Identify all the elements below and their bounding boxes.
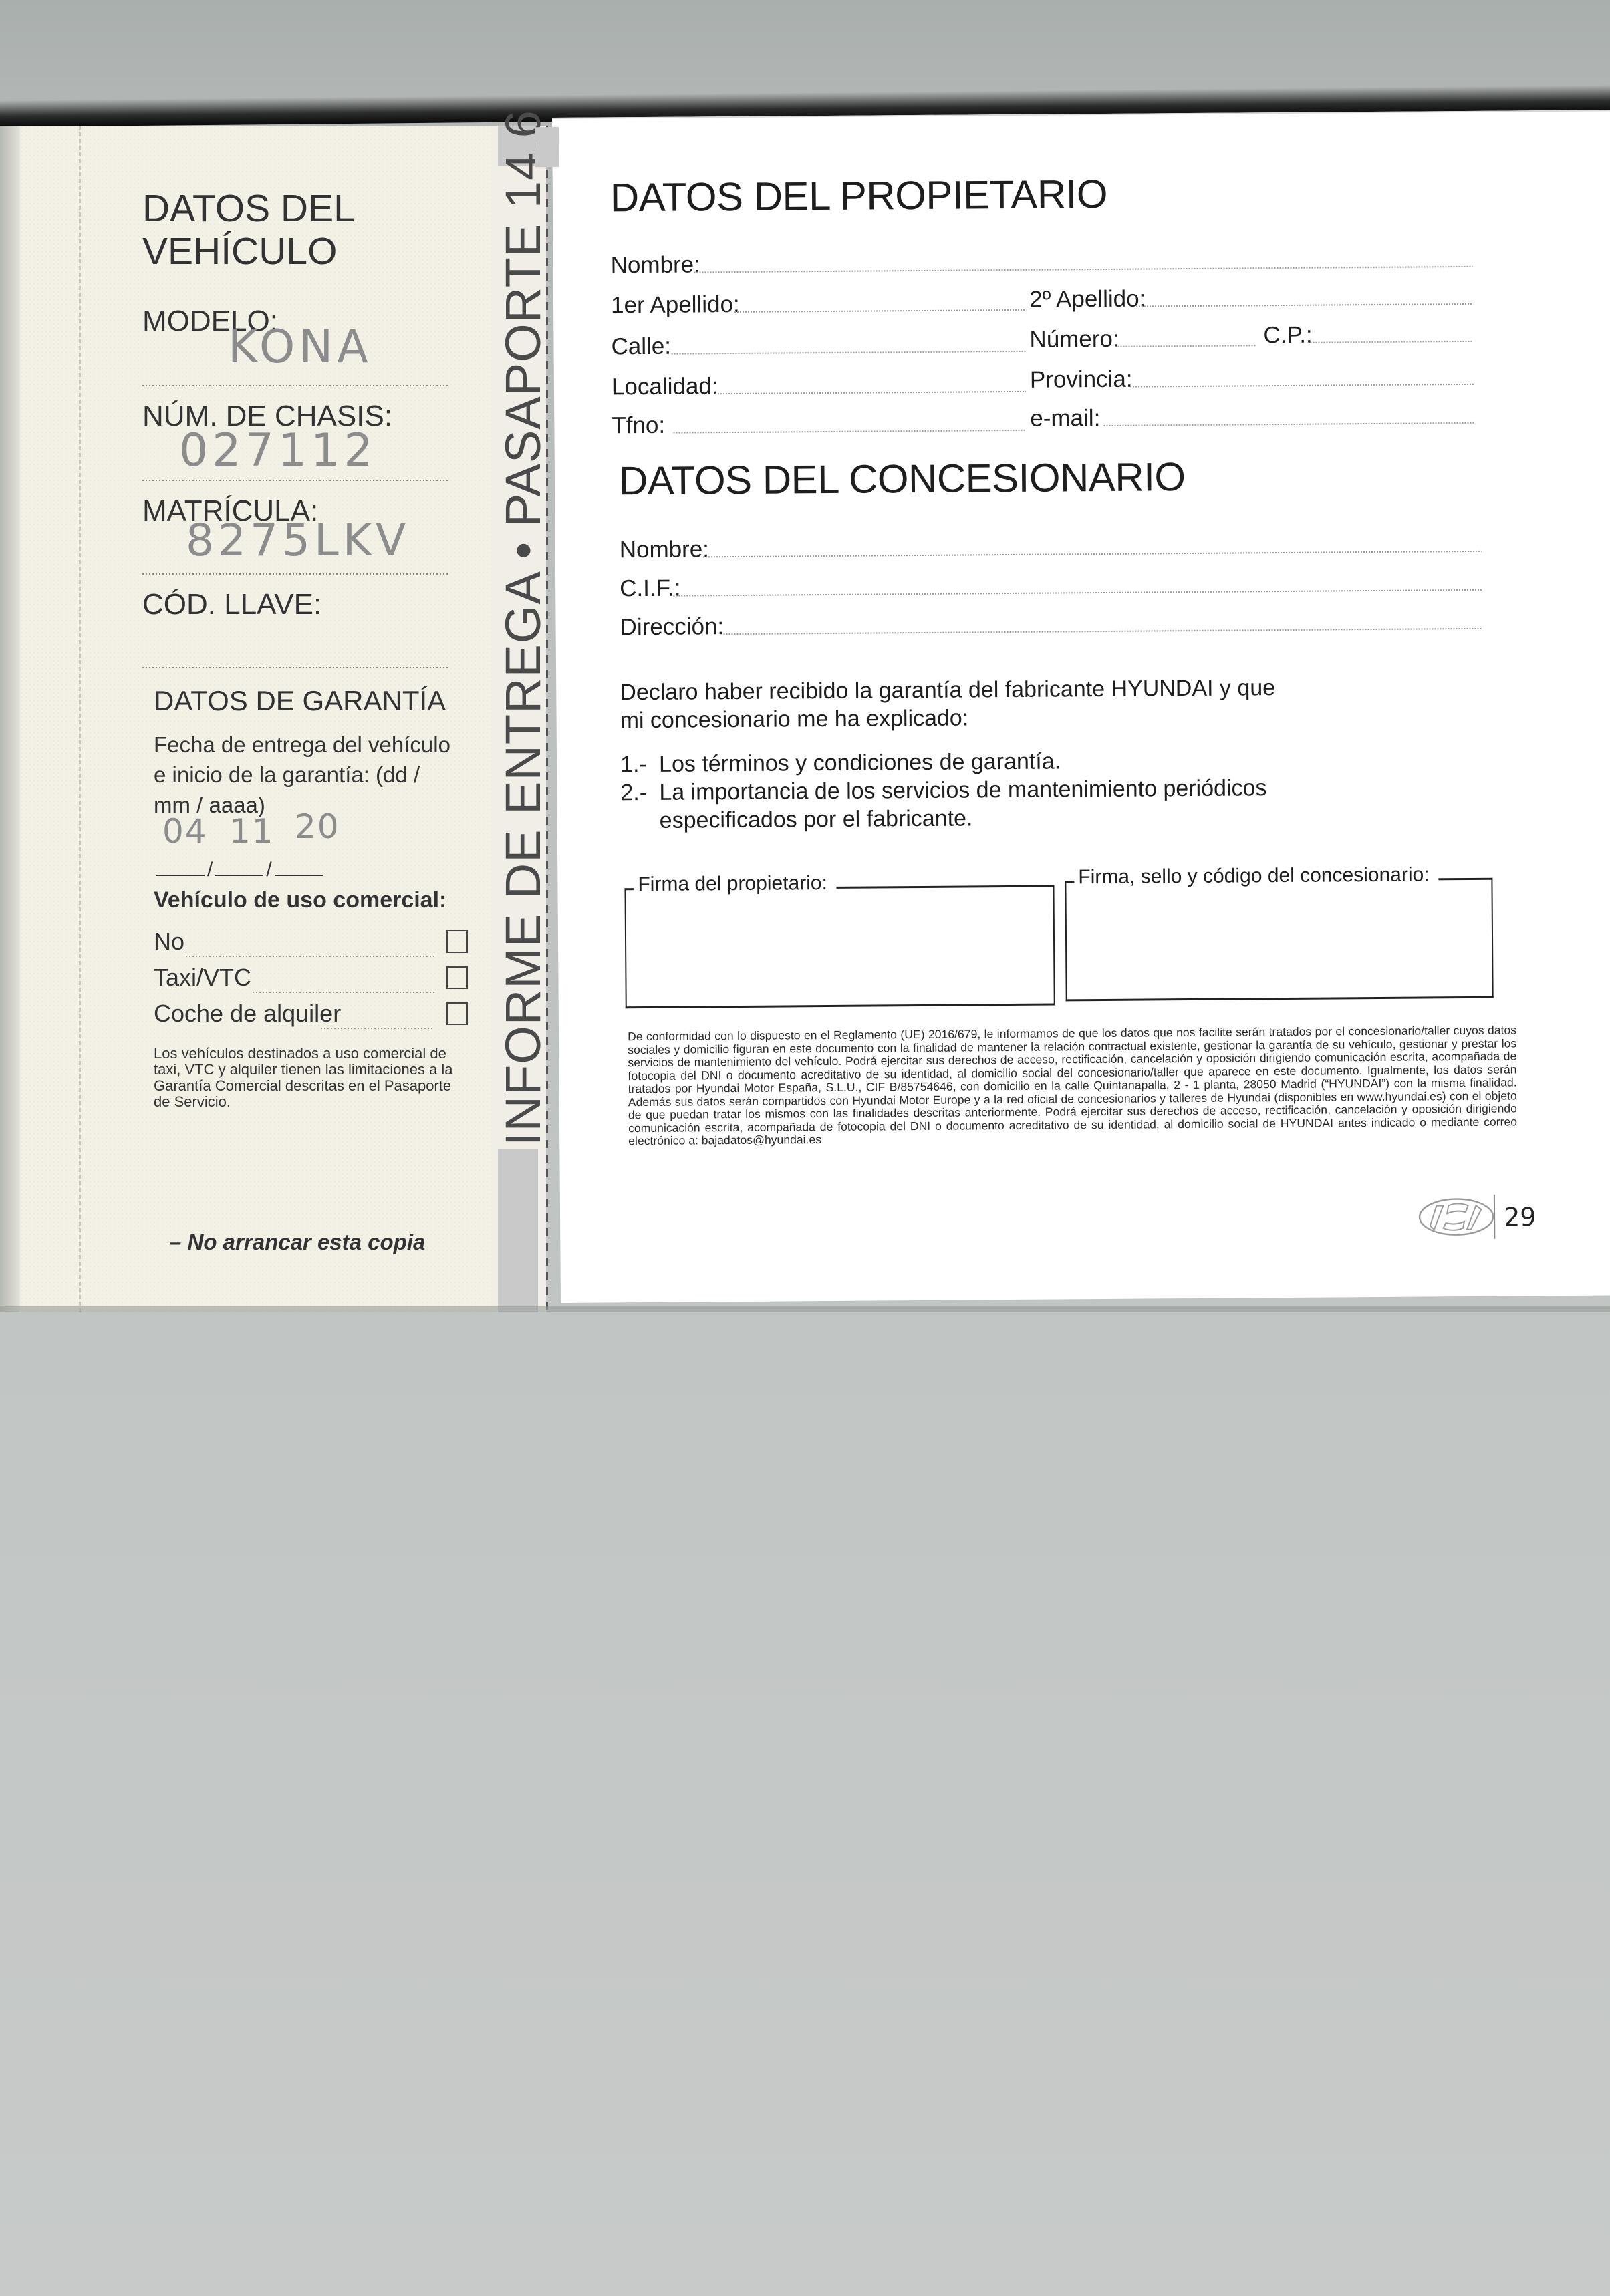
dealer-section-title: DATOS DEL CONCESIONARIO (619, 454, 1186, 504)
field-label: 2º Apellido: (1029, 285, 1146, 313)
field-input-line[interactable] (673, 430, 1026, 434)
owner-apellido2-field[interactable]: 2º Apellido: (1029, 281, 1473, 313)
warranty-section-title: DATOS DE GARANTÍA (154, 685, 446, 717)
modelo-handwritten-value[interactable]: KONA (228, 321, 372, 374)
item-number: 2.- (620, 778, 660, 835)
warranty-declaration: Declaro haber recibido la garantía del f… (620, 674, 1289, 734)
dealer-cif-field[interactable]: C.I.F.: (620, 567, 1482, 602)
dealer-signature-box[interactable]: Firma, sello y código del concesionario: (1065, 878, 1493, 1002)
item-number: 1.- (620, 750, 659, 778)
vehicle-title-line2: VEHÍCULO (142, 230, 337, 273)
page-number: 29 (1504, 1202, 1536, 1232)
field-input-line[interactable] (694, 266, 1473, 273)
privacy-legal-notice: De conformidad con lo dispuesto en el Re… (628, 1024, 1517, 1147)
field-label: Nombre: (620, 536, 710, 563)
field-label: Provincia: (1030, 366, 1133, 394)
dealer-direccion-field[interactable]: Dirección: (620, 605, 1482, 641)
cod-llave-label: CÓD. LLAVE: (142, 588, 321, 621)
date-line-month (215, 875, 263, 876)
item-text: Los términos y condiciones de garantía. (659, 747, 1061, 778)
warranty-date-instructions: Fecha de entrega del vehículo e inicio d… (154, 730, 461, 820)
hyundai-logo-icon (1417, 1196, 1496, 1238)
field-label: Calle: (611, 333, 671, 361)
date-separator: / (266, 859, 271, 881)
option-dotted-line (253, 992, 434, 993)
option-label: No (154, 927, 184, 956)
field-label: 1er Apellido: (611, 291, 740, 319)
owner-signature-label: Firma del propietario: (634, 872, 837, 896)
cod-llave-dotted-line (142, 667, 450, 668)
field-label: e-mail: (1030, 405, 1100, 432)
owner-localidad-field[interactable]: Localidad: (612, 368, 1026, 401)
matricula-handwritten-value[interactable]: 8275LKV (186, 515, 410, 566)
commercial-use-note: Los vehículos destinados a uso comercial… (154, 1046, 468, 1110)
owner-nombre-field[interactable]: Nombre: (610, 243, 1472, 279)
checkbox-taxi-vtc[interactable] (446, 966, 468, 989)
owner-tfno-field[interactable]: Tfno: (612, 407, 1026, 440)
chasis-dotted-line (142, 480, 450, 481)
declaration-item: 2.- La importancia de los servicios de m… (620, 772, 1490, 835)
modelo-dotted-line (142, 385, 450, 386)
vehicle-section-title: DATOS DEL VEHÍCULO (142, 187, 463, 273)
declaration-list: 1.- Los términos y condiciones de garant… (620, 744, 1490, 835)
field-label: Número: (1029, 326, 1119, 353)
item-text: La importancia de los servicios de mante… (659, 773, 1381, 835)
date-separator: / (207, 859, 213, 881)
field-input-line[interactable] (672, 351, 1026, 355)
owner-apellido1-field[interactable]: 1er Apellido: (611, 287, 1025, 319)
delivery-report-page: DATOS DEL PROPIETARIO Nombre: 1er Apelli… (552, 110, 1610, 1303)
option-dotted-line (321, 1028, 434, 1029)
commercial-option-rental[interactable]: Coche de alquiler (154, 1000, 468, 1033)
commercial-option-taxi[interactable]: Taxi/VTC (154, 964, 468, 997)
commercial-use-title: Vehículo de uso comercial: (154, 887, 446, 913)
checkbox-no[interactable] (446, 930, 468, 953)
field-label: Localidad: (612, 373, 718, 400)
commercial-option-no[interactable]: No (154, 927, 468, 961)
field-label: Nombre: (610, 251, 700, 279)
matricula-dotted-line (142, 573, 450, 575)
field-label: C.P.: (1263, 322, 1313, 349)
field-input-line[interactable] (1130, 384, 1474, 388)
option-label: Taxi/VTC (154, 964, 251, 992)
vehicle-data-section: DATOS DEL VEHÍCULO MODELO: KONA NÚM. DE … (142, 187, 463, 1296)
dealer-nombre-field[interactable]: Nombre: (620, 528, 1482, 563)
owner-provincia-field[interactable]: Provincia: (1030, 361, 1474, 394)
dealer-signature-label: Firma, sello y código del concesionario: (1074, 863, 1438, 889)
spine-gray-band-bottom (498, 1149, 538, 1312)
field-input-line[interactable] (703, 551, 1482, 558)
field-label: C.I.F.: (620, 575, 681, 603)
vehicle-title-line1: DATOS DEL (142, 187, 355, 230)
owner-section-title: DATOS DEL PROPIETARIO (610, 171, 1108, 221)
perforation-line (546, 126, 548, 1312)
chasis-handwritten-value[interactable]: 027112 (179, 424, 377, 477)
field-label: Tfno: (612, 412, 665, 440)
option-dotted-line (186, 956, 434, 957)
warranty-date-lines: // (154, 859, 325, 881)
page-bottom-edge (0, 1306, 1610, 1312)
owner-calle-field[interactable]: Calle: (611, 328, 1025, 361)
spine-title: INFORME DE ENTREGA • PASAPORTE 14.6 (495, 284, 551, 1146)
field-input-line[interactable] (724, 628, 1482, 635)
owner-numero-field[interactable]: Número: (1029, 322, 1256, 353)
field-input-line[interactable] (1136, 303, 1473, 307)
field-input-line[interactable] (1103, 422, 1474, 426)
owner-signature-box[interactable]: Firma del propietario: (624, 885, 1055, 1009)
do-not-tear-notice: – No arrancar esta copia (169, 1230, 425, 1255)
warranty-month-handwritten[interactable]: 11 (229, 812, 275, 851)
option-label: Coche de alquiler (154, 1000, 341, 1028)
field-input-line[interactable] (673, 589, 1482, 597)
checkbox-rental[interactable] (446, 1002, 468, 1025)
owner-cp-field[interactable]: C.P.: (1263, 318, 1473, 349)
warranty-day-handwritten[interactable]: 04 (162, 812, 208, 851)
field-label: Dirección: (620, 613, 724, 641)
warranty-year-handwritten[interactable]: 20 (295, 807, 340, 846)
field-input-line[interactable] (1310, 341, 1473, 343)
owner-email-field[interactable]: e-mail: (1030, 400, 1474, 432)
page-gray-band-top (535, 127, 559, 167)
field-input-line[interactable] (734, 309, 1025, 313)
date-line-day (156, 875, 205, 876)
field-input-line[interactable] (1115, 345, 1257, 347)
field-input-line[interactable] (715, 391, 1026, 394)
date-line-year (275, 875, 323, 876)
